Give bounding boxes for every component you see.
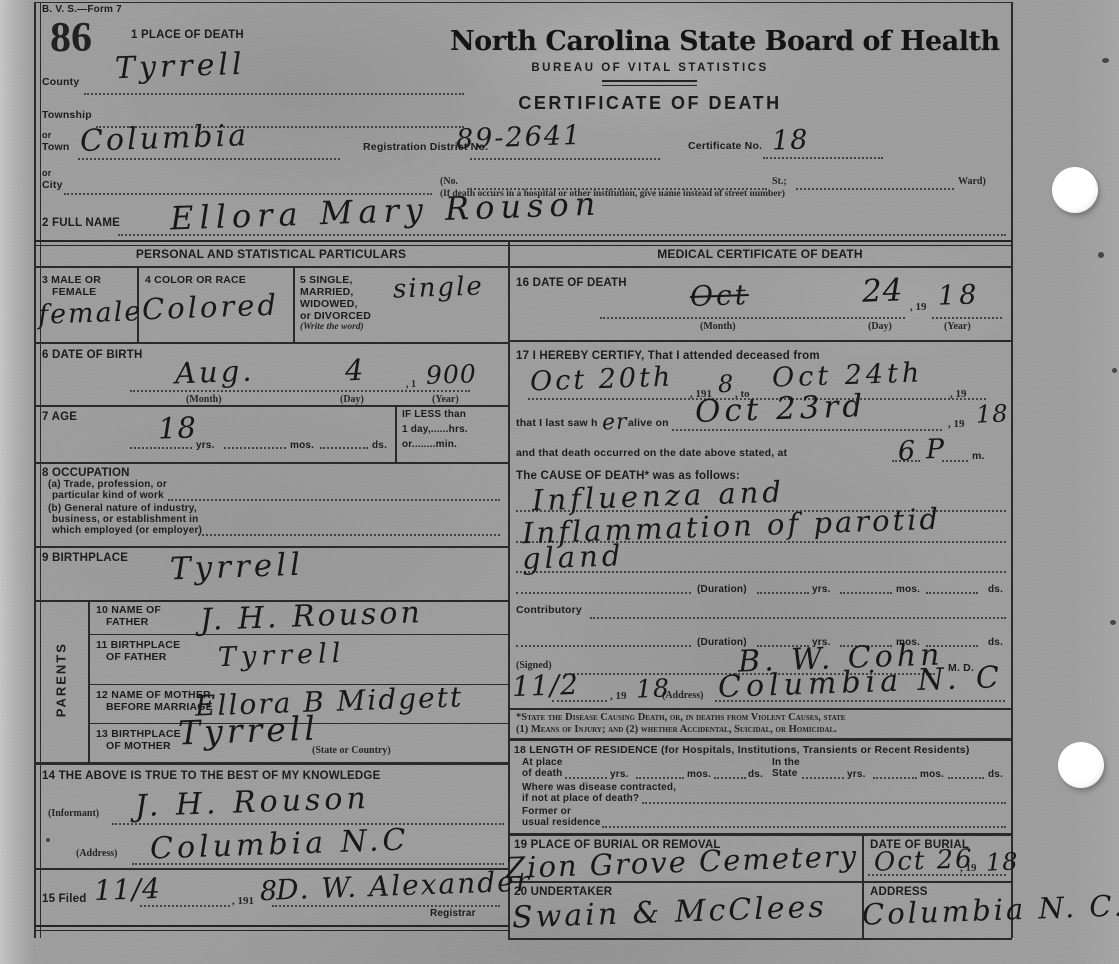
race-value: Colored <box>142 291 280 325</box>
line-m1 <box>508 266 1012 268</box>
footnote-line-1: *State the Disease Causing Death, or, in… <box>516 712 845 723</box>
father-birthplace-value: Tyrrell <box>218 640 346 671</box>
town-label: Town <box>42 141 69 153</box>
scan-speck <box>1110 620 1116 625</box>
scan-speck <box>1098 252 1104 258</box>
parents-cell-divider <box>88 600 90 763</box>
city-label-or: or <box>42 168 51 179</box>
res1-ds-cap: ds. <box>748 769 763 781</box>
res2-mos-line <box>873 777 917 779</box>
signed-date-value: 11/2 <box>512 671 580 701</box>
marital-label-1: 5 SINGLE, <box>300 274 353 286</box>
line-p4 <box>34 462 508 464</box>
mother-birthplace-label-2: OF MOTHER <box>106 740 171 752</box>
dod-label: 16 DATE OF DEATH <box>516 277 627 291</box>
duration2-lead-line <box>516 645 691 647</box>
marital-label-4: or DIVORCED <box>300 310 371 322</box>
duration1-ds-cap: ds. <box>988 584 1003 596</box>
mother-birthplace-value: Tyrrell <box>177 712 319 750</box>
filed-date-value: 11/4 <box>94 875 162 905</box>
marital-note: (Write the word) <box>300 322 364 332</box>
filed-line <box>140 905 230 907</box>
dob-year-value: 900 <box>426 361 478 388</box>
form-border-right <box>1011 2 1013 938</box>
dod-day-cap: (Day) <box>868 321 892 332</box>
age-mos-line <box>224 447 286 449</box>
res1-mos-line <box>636 777 684 779</box>
reg-district-value: 89-2641 <box>456 122 583 153</box>
last-saw-year-prefix: , 19 <box>948 418 965 430</box>
ward-label: Ward) <box>958 176 986 187</box>
line-p12 <box>34 925 508 931</box>
duration1-lead-line <box>516 592 691 594</box>
dob-year-prefix: , 1 <box>406 379 416 390</box>
signed-year-prefix: , 19 <box>610 690 627 702</box>
form-border-bottom-right <box>508 938 1012 940</box>
contributory-line <box>590 617 1006 619</box>
dod-year-cap: (Year) <box>944 321 971 332</box>
father-birthplace-label-1: 11 BIRTHPLACE <box>96 639 180 651</box>
town-value: Columbia <box>80 121 250 157</box>
age-less-2: 1 day,......hrs. <box>402 424 468 436</box>
informant-address-label: (Address) <box>76 848 117 859</box>
res2-ds-line <box>948 777 984 779</box>
death-ampm-value: P <box>926 436 946 464</box>
no-label: (No. <box>440 176 458 187</box>
dob-month-value: Aug. <box>175 357 255 389</box>
occupation-a2: particular kind of work <box>52 490 164 502</box>
st-label: St.; <box>772 176 787 187</box>
residence-label: 18 LENGTH OF RESIDENCE (for Hospitals, I… <box>514 744 970 756</box>
dod-line <box>600 317 905 319</box>
age-yrs-line <box>130 447 192 449</box>
medical-title: MEDICAL CERTIFICATE OF DEATH <box>508 247 1012 261</box>
informant-address-value: Columbia N.C <box>150 825 410 864</box>
res1-ds-line <box>714 777 746 779</box>
scan-speck <box>1102 58 1109 63</box>
age-value: 18 <box>158 413 198 443</box>
duration1-cap: (Duration) <box>697 584 747 596</box>
contributory-label: Contributory <box>516 604 582 616</box>
header-rule <box>602 80 697 86</box>
informant-label: (Informant) <box>48 808 99 819</box>
registrar-cap: Registrar <box>430 908 476 920</box>
burial-year-value: 18 <box>986 849 1019 874</box>
last-saw-year-value: 18 <box>976 401 1009 426</box>
age-ds-cap: ds. <box>372 440 387 452</box>
dob-year-cap: (Year) <box>432 394 459 405</box>
age-cell-divider <box>395 405 397 462</box>
dod-month-cap: (Month) <box>700 321 736 332</box>
city-label: City <box>42 179 63 191</box>
age-less-1: IF LESS than <box>402 409 466 421</box>
burial-date-value: Oct 26 <box>874 846 975 875</box>
dob-day-value: 4 <box>344 356 364 386</box>
contracted-line <box>642 802 1006 804</box>
former-line <box>602 826 1006 828</box>
line-m5 <box>508 833 1012 836</box>
occurred-label: and that death occurred on the date abov… <box>516 447 787 459</box>
parents-label: PARENTS <box>53 620 68 740</box>
age-yrs-cap: yrs. <box>196 440 215 452</box>
father-name-label-2: FATHER <box>106 616 148 628</box>
dob-month-cap: (Month) <box>186 394 222 405</box>
sex-value: female <box>38 298 143 329</box>
death-m-label: m. <box>972 450 985 462</box>
res1-yrs-line <box>565 777 607 779</box>
res1-yrs-cap: yrs. <box>610 769 629 781</box>
undertaker-address-value: Columbia N. C. <box>862 891 1119 929</box>
occupation-b3: which employed (or employer) <box>52 525 202 537</box>
contracted-label-2: if not at place of death? <box>522 793 639 805</box>
line-m2 <box>508 340 1012 342</box>
duration1-ds-line <box>926 592 978 594</box>
duration1-yrs-cap: yrs. <box>812 584 831 596</box>
dod-year-value: 18 <box>938 281 981 309</box>
dod-day-value: 24 <box>861 275 904 307</box>
line-p10 <box>34 762 508 765</box>
father-birthplace-label-2: OF FATHER <box>106 651 167 663</box>
age-ds-line <box>320 447 368 449</box>
age-less-3: or........min. <box>402 439 457 451</box>
dod-month-value: Oct <box>690 281 750 311</box>
reg-district-line <box>470 158 660 160</box>
duration1-mos-line <box>840 592 892 594</box>
res2-ds-cap: ds. <box>988 769 1003 781</box>
county-line <box>84 93 464 95</box>
st-line <box>796 188 954 190</box>
line-p1 <box>34 266 508 268</box>
hole-punch-top <box>1052 167 1098 213</box>
duration2-ds-cap: ds. <box>988 637 1003 649</box>
race-label: 4 COLOR OR RACE <box>145 274 246 286</box>
last-saw-date-value: Oct 23rd <box>695 391 867 428</box>
death-hour-value: 6 <box>898 438 917 466</box>
last-saw-label-2: alive on <box>628 417 669 429</box>
form-border-left <box>34 2 36 938</box>
last-saw-label-1: that I last saw h <box>516 417 598 429</box>
signed-year-value: 18 <box>636 675 671 701</box>
line-m4 <box>508 738 1012 741</box>
informant-line <box>112 823 504 825</box>
form-border-left-inner <box>40 2 41 938</box>
footnote-line-2: (1) Means of Injury; and (2) whether Acc… <box>516 724 837 735</box>
county-label: County <box>42 76 79 88</box>
line-p2 <box>34 342 508 344</box>
scan-speck <box>1112 368 1117 373</box>
cert-no-value: 18 <box>772 126 809 154</box>
org-name: North Carolina State Board of Health <box>450 26 850 57</box>
death-ampm-line <box>942 460 968 462</box>
scan-speck <box>46 838 50 842</box>
township-label: Township <box>42 109 92 121</box>
form-border-top <box>34 2 1012 3</box>
occupation-b-line <box>198 534 500 536</box>
former-label-2: usual residence <box>522 817 601 829</box>
cell-divider-2 <box>293 266 295 342</box>
line-m3 <box>508 708 1012 710</box>
age-label: 7 AGE <box>42 411 77 425</box>
duration1-mos-cap: mos. <box>896 584 920 596</box>
dod-year-prefix: , 19 <box>910 301 927 313</box>
personal-title: PERSONAL AND STATISTICAL PARTICULARS <box>34 247 508 261</box>
file-number: 86 <box>50 14 92 62</box>
occupation-a-line <box>168 499 500 501</box>
cause-line-3: gland <box>522 541 625 574</box>
attended-to-value: Oct 24th <box>772 359 924 391</box>
age-mos-cap: mos. <box>290 440 314 452</box>
duration1-yrs-line <box>757 592 809 594</box>
full-name-label: 2 FULL NAME <box>42 217 120 231</box>
sex-label-2: FEMALE <box>52 286 96 298</box>
mother-birthplace-label-1: 13 BIRTHPLACE <box>96 728 181 740</box>
res2-mos-cap: mos. <box>920 769 944 781</box>
dob-label: 6 DATE OF BIRTH <box>42 349 143 363</box>
attended-from-value: Oct 20th <box>530 364 674 396</box>
informant-value: J. H. Rouson <box>135 784 371 822</box>
hole-punch-bottom <box>1058 742 1104 788</box>
state-country-cap: (State or Country) <box>312 745 391 756</box>
place-of-death-label: 1 PLACE OF DEATH <box>131 29 244 43</box>
section-divider-rule <box>34 240 1012 246</box>
birthplace-value: Tyrrell <box>169 550 304 586</box>
town-line <box>78 158 340 160</box>
filed-year-prefix: , 191 <box>232 895 254 907</box>
birthplace-label: 9 BIRTHPLACE <box>42 552 128 566</box>
dob-line <box>130 390 470 392</box>
bureau-title: BUREAU OF VITAL STATISTICS <box>450 62 850 76</box>
res1-mos-cap: mos. <box>687 769 711 781</box>
father-name-value: J. H. Rouson <box>200 598 424 636</box>
marital-label-3: WIDOWED, <box>300 298 358 310</box>
town-label-or: or <box>42 130 51 141</box>
line-p3 <box>34 405 508 407</box>
dod-year-line <box>932 317 1002 319</box>
at-place-label-2: of death <box>522 768 563 780</box>
last-saw-fill: er <box>602 412 628 435</box>
marital-label-2: MARRIED, <box>300 286 354 298</box>
death-certificate-scan: B. V. S.—Form 7 86 1 PLACE OF DEATH Nort… <box>0 0 1119 964</box>
in-the-label-2: State <box>772 768 797 780</box>
dob-day-cap: (Day) <box>340 394 364 405</box>
filed-label: 15 Filed <box>42 893 86 907</box>
res2-yrs-cap: yrs. <box>847 769 866 781</box>
cert-no-line <box>763 157 883 159</box>
res2-yrs-line <box>802 777 844 779</box>
marital-value: single <box>393 273 485 302</box>
county-value: Tyrrell <box>115 50 247 85</box>
doc-title: CERTIFICATE OF DEATH <box>450 93 850 114</box>
sex-label-1: 3 MALE OR <box>42 274 101 286</box>
cert-no-label: Certificate No. <box>688 140 762 152</box>
father-name-label-1: 10 NAME OF <box>96 604 161 616</box>
